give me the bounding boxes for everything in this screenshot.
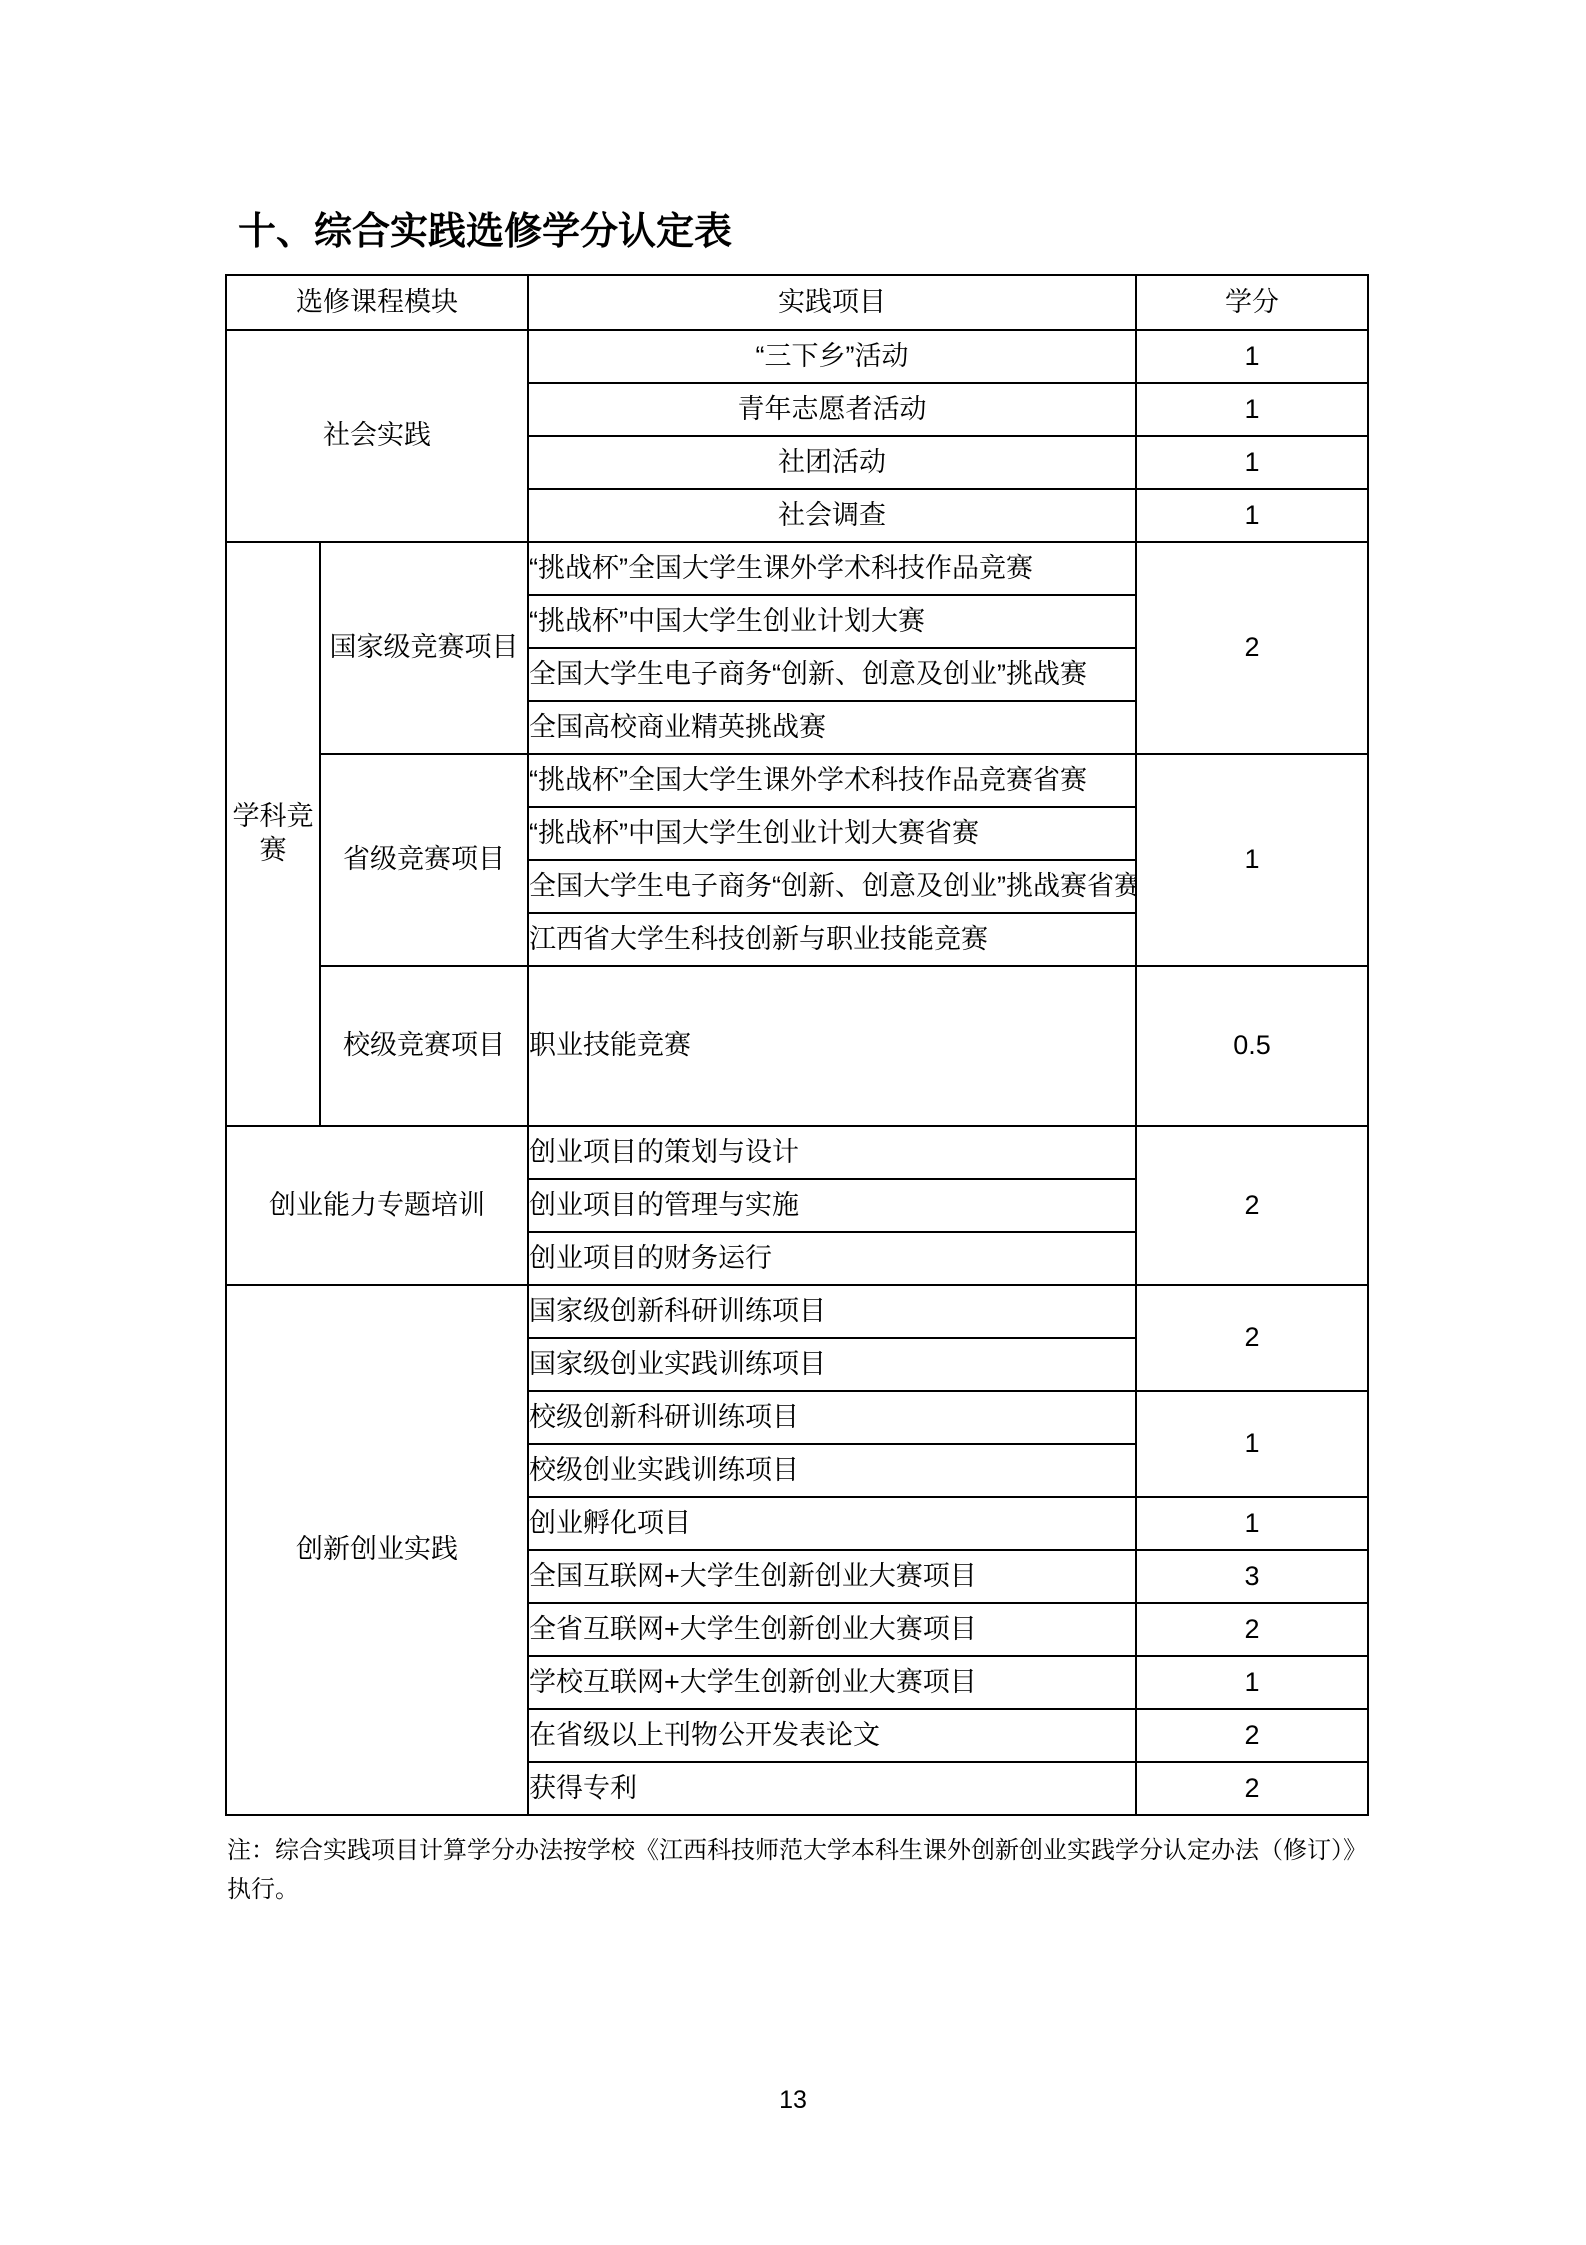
project-cell: 全国高校商业精英挑战赛: [528, 701, 1136, 754]
credit-cell: 1: [1136, 489, 1368, 542]
credit-cell: 3: [1136, 1550, 1368, 1603]
project-cell: “三下乡”活动: [528, 330, 1136, 383]
project-cell: 社会调查: [528, 489, 1136, 542]
project-cell: 创业项目的财务运行: [528, 1232, 1136, 1285]
credit-cell: 2: [1136, 1762, 1368, 1815]
project-cell: 青年志愿者活动: [528, 383, 1136, 436]
project-cell: “挑战杯”中国大学生创业计划大赛省赛: [528, 807, 1136, 860]
project-cell: 社团活动: [528, 436, 1136, 489]
credit-cell: 1: [1136, 1656, 1368, 1709]
project-cell: 江西省大学生科技创新与职业技能竞赛: [528, 913, 1136, 966]
project-cell: 国家级创业实践训练项目: [528, 1338, 1136, 1391]
page-number: 13: [0, 2086, 1586, 2115]
project-cell: 在省级以上刊物公开发表论文: [528, 1709, 1136, 1762]
credit-recognition-table: 选修课程模块 实践项目 学分 社会实践 “三下乡”活动 1 青年志愿者活动 1 …: [225, 274, 1369, 1816]
header-cell-module: 选修课程模块: [226, 275, 528, 330]
project-cell: 校级创新科研训练项目: [528, 1391, 1136, 1444]
header-cell-credit: 学分: [1136, 275, 1368, 330]
credit-cell: 1: [1136, 383, 1368, 436]
project-cell: 全国互联网+大学生创新创业大赛项目: [528, 1550, 1136, 1603]
footnote-line: 注：综合实践项目计算学分办法按学校《江西科技师范大学本科生课外创新创业实践学分认…: [227, 1831, 1427, 1870]
credit-cell: 2: [1136, 1126, 1368, 1285]
footnote-line: 执行。: [227, 1870, 1427, 1909]
module-cell: 社会实践: [226, 330, 528, 542]
credit-cell: 2: [1136, 1285, 1368, 1391]
project-cell: 校级创业实践训练项目: [528, 1444, 1136, 1497]
credit-cell: 2: [1136, 1709, 1368, 1762]
project-cell: 职业技能竞赛: [528, 966, 1136, 1126]
credit-cell: 1: [1136, 1391, 1368, 1497]
credit-cell: 1: [1136, 1497, 1368, 1550]
project-cell: “挑战杯”全国大学生课外学术科技作品竞赛省赛: [528, 754, 1136, 807]
project-cell: 全国大学生电子商务“创新、创意及创业”挑战赛省赛: [528, 860, 1136, 913]
credit-cell: 2: [1136, 1603, 1368, 1656]
header-cell-project: 实践项目: [528, 275, 1136, 330]
page-title: 十、综合实践选修学分认定表: [238, 208, 732, 256]
credit-cell: 1: [1136, 754, 1368, 966]
project-cell: “挑战杯”全国大学生课外学术科技作品竞赛: [528, 542, 1136, 595]
project-cell: “挑战杯”中国大学生创业计划大赛: [528, 595, 1136, 648]
module-cell: 创新创业实践: [226, 1285, 528, 1815]
module-cell: 学科竞赛: [226, 542, 320, 1126]
credit-cell: 0.5: [1136, 966, 1368, 1126]
project-cell: 创业项目的策划与设计: [528, 1126, 1136, 1179]
project-cell: 获得专利: [528, 1762, 1136, 1815]
credit-cell: 2: [1136, 542, 1368, 754]
footnote: 注：综合实践项目计算学分办法按学校《江西科技师范大学本科生课外创新创业实践学分认…: [227, 1831, 1427, 1909]
credit-cell: 1: [1136, 436, 1368, 489]
submodule-cell: 国家级竞赛项目: [320, 542, 528, 754]
submodule-cell: 校级竞赛项目: [320, 966, 528, 1126]
module-cell: 创业能力专题培训: [226, 1126, 528, 1285]
project-cell: 国家级创新科研训练项目: [528, 1285, 1136, 1338]
project-cell: 全省互联网+大学生创新创业大赛项目: [528, 1603, 1136, 1656]
project-cell: 学校互联网+大学生创新创业大赛项目: [528, 1656, 1136, 1709]
project-cell: 全国大学生电子商务“创新、创意及创业”挑战赛: [528, 648, 1136, 701]
submodule-cell: 省级竞赛项目: [320, 754, 528, 966]
credit-cell: 1: [1136, 330, 1368, 383]
project-cell: 创业项目的管理与实施: [528, 1179, 1136, 1232]
project-cell: 创业孵化项目: [528, 1497, 1136, 1550]
